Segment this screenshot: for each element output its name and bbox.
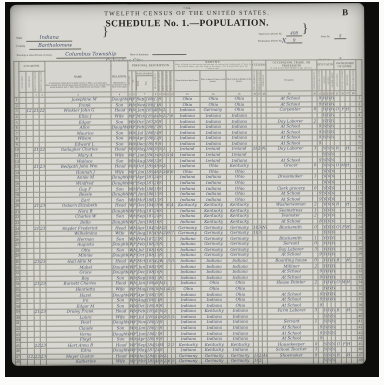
handwritten-entry: Son bbox=[116, 131, 124, 135]
cell-wr: Yes bbox=[326, 152, 330, 158]
cell-s: F bbox=[133, 320, 137, 326]
cell-wr: Yes bbox=[327, 313, 331, 319]
cell-bm: Feb bbox=[137, 242, 146, 248]
cell-c: W bbox=[129, 298, 133, 304]
handwritten-entry: 237 bbox=[41, 355, 47, 359]
cell-ym: 16 bbox=[163, 286, 167, 292]
cell-ym: 15 bbox=[162, 152, 166, 158]
handwritten-entry: Farm Laborer bbox=[277, 309, 305, 313]
row-number-left: 30 bbox=[15, 259, 20, 265]
handwritten-entry: W bbox=[130, 310, 134, 314]
cell-sm: 9 bbox=[317, 129, 322, 135]
handwritten-entry: Na bbox=[262, 147, 267, 151]
group-name: NAME of each person whose place of abode… bbox=[45, 61, 111, 92]
row-number-left: 22 bbox=[15, 215, 20, 221]
handwritten-entry: Washerwoman bbox=[276, 203, 306, 207]
cell-a: 51 bbox=[154, 353, 159, 359]
handwritten-entry: Indiana bbox=[206, 264, 221, 268]
cell-c: W bbox=[128, 164, 132, 170]
handwritten-entry: Indiana bbox=[180, 153, 195, 157]
handwritten-entry: W bbox=[130, 287, 134, 291]
cell-m: S bbox=[158, 141, 162, 147]
handwritten-entry: Yes bbox=[324, 297, 328, 301]
cell-rd: Yes bbox=[324, 352, 328, 358]
handwritten-entry: Yes bbox=[331, 247, 335, 251]
cell-en: Yes bbox=[331, 269, 335, 275]
cell-en: Yes bbox=[331, 280, 335, 286]
handwritten-entry: Ohio bbox=[183, 170, 193, 174]
handwritten-entry: Yes bbox=[327, 130, 331, 134]
right-gutter-header bbox=[356, 60, 362, 96]
handwritten-entry: Osborn Elizabeth bbox=[62, 204, 97, 208]
handwritten-entry: Yes bbox=[324, 331, 328, 335]
cell-wr: Yes bbox=[327, 191, 331, 197]
cell-rd: Yes bbox=[323, 258, 327, 264]
handwritten-entry: 216 bbox=[34, 226, 40, 230]
cell-wr: Yes bbox=[327, 202, 331, 208]
handwritten-entry: Indiana bbox=[180, 186, 195, 190]
handwritten-entry: Hannah J bbox=[76, 170, 95, 174]
cell-a: 24 bbox=[154, 348, 159, 354]
handwritten-entry: M bbox=[133, 137, 137, 141]
handwritten-entry: Wilhelmina bbox=[74, 232, 97, 236]
handwritten-entry: Yes bbox=[323, 236, 327, 240]
handwritten-entry: Indiana bbox=[180, 270, 195, 274]
handwritten-entry: S bbox=[159, 220, 162, 224]
handwritten-entry: Indiana bbox=[207, 320, 222, 324]
cell-s: M bbox=[133, 337, 137, 343]
handwritten-entry: Yes bbox=[323, 97, 327, 101]
cell-h: 1230 bbox=[27, 354, 34, 360]
cell-wr: Yes bbox=[326, 135, 330, 141]
handwritten-entry: W bbox=[129, 226, 133, 230]
handwritten-entry: Son bbox=[117, 304, 125, 308]
handwritten-entry: 6 bbox=[167, 203, 170, 207]
cell-f: 233 bbox=[40, 259, 46, 265]
cell-s: F bbox=[132, 153, 136, 159]
handwritten-entry: W bbox=[130, 360, 134, 364]
handwritten-entry: Daughter bbox=[113, 349, 130, 353]
handwritten-entry: Yes bbox=[328, 308, 332, 312]
handwritten-entry: 21 bbox=[154, 181, 159, 185]
row-number-left: 26 bbox=[15, 237, 20, 243]
handwritten-entry: Kentucky bbox=[204, 203, 223, 207]
row-number-left: 19 bbox=[15, 198, 20, 204]
cell-c: W bbox=[129, 203, 133, 209]
handwritten-entry: 0 bbox=[314, 258, 317, 262]
cell-s: M bbox=[133, 236, 137, 242]
row-number-left: 29 bbox=[15, 254, 20, 260]
cell-ym: 25 bbox=[163, 353, 167, 359]
handwritten-entry: H bbox=[347, 280, 351, 284]
handwritten-entry: 16 bbox=[154, 220, 159, 224]
handwritten-entry: Yes bbox=[327, 108, 331, 112]
group-occupation: OCCUPATION, TRADE, OR PROFESSION of each… bbox=[266, 60, 317, 70]
cell-rd: Yes bbox=[323, 224, 327, 230]
cell-c: W bbox=[129, 270, 133, 276]
handwritten-entry: Wife bbox=[115, 170, 124, 174]
handwritten-entry: Blacksmith bbox=[280, 225, 303, 229]
cell-d: 218 bbox=[34, 281, 40, 287]
handwritten-entry: 15 bbox=[163, 148, 167, 152]
handwritten-entry: Indiana bbox=[207, 337, 222, 341]
cell-m: M bbox=[159, 359, 163, 365]
cell-f: 229 bbox=[39, 147, 45, 153]
cell-rd: Yes bbox=[323, 202, 327, 208]
cell-a: 54 bbox=[154, 225, 159, 231]
handwritten-entry: Wife bbox=[115, 114, 124, 118]
handwritten-entry: Yes bbox=[331, 186, 335, 190]
handwritten-entry: F bbox=[342, 225, 345, 229]
row-number-left: 39 bbox=[15, 309, 20, 315]
col-birthplace-person: Place of birth of this Person. bbox=[174, 70, 200, 91]
handwritten-entry: W bbox=[129, 248, 133, 252]
handwritten-entry: Ireland bbox=[232, 147, 247, 151]
cell-wr: Yes bbox=[327, 163, 331, 169]
cell-ym: 26 bbox=[162, 164, 166, 170]
cell-a: 49 bbox=[154, 231, 159, 237]
handwritten-entry: Wilson bbox=[78, 137, 92, 141]
row-number-left: 17 bbox=[15, 187, 20, 193]
cell-s: M bbox=[132, 141, 136, 147]
cell-m: M bbox=[159, 353, 163, 359]
handwritten-entry: 9 bbox=[167, 231, 170, 235]
cell-s: F bbox=[133, 314, 137, 320]
cell-by: 1886 bbox=[146, 275, 154, 281]
handwritten-entry: Yes bbox=[331, 124, 335, 128]
cell-rd: Yes bbox=[322, 107, 326, 113]
cell-r: Head bbox=[112, 353, 129, 359]
handwritten-entry: Germany bbox=[231, 359, 250, 363]
handwritten-entry: 5 bbox=[167, 153, 170, 157]
cell-rd: Yes bbox=[323, 179, 327, 185]
cell-wr: Yes bbox=[327, 330, 331, 336]
cell-wr: Yes bbox=[327, 241, 331, 247]
handwritten-entry: W bbox=[130, 282, 134, 286]
row-number-left: 14 bbox=[14, 170, 19, 176]
row-number-left: 47 bbox=[15, 354, 20, 360]
cell-sm: 9 bbox=[318, 274, 323, 280]
handwritten-entry: Day Laborer bbox=[278, 247, 303, 251]
cell-c: W bbox=[128, 119, 132, 125]
group-relation: RELATION. Relationship of each person to… bbox=[111, 61, 128, 92]
handwritten-entry: Wife bbox=[116, 287, 125, 291]
cell-by: 1846 bbox=[146, 225, 154, 231]
handwritten-entry: Kentucky bbox=[230, 208, 249, 212]
cell-s: M bbox=[133, 197, 137, 203]
cell-en: Yes bbox=[330, 96, 334, 102]
handwritten-entry: Floyd bbox=[80, 338, 91, 342]
handwritten-entry: 1 bbox=[314, 208, 317, 212]
handwritten-entry: Indiana bbox=[206, 276, 221, 280]
handwritten-entry: Yes bbox=[332, 320, 336, 324]
cell-yu: 34 bbox=[258, 224, 262, 230]
handwritten-entry: W bbox=[129, 164, 133, 168]
handwritten-entry: Yes bbox=[328, 342, 332, 346]
handwritten-entry: Nov bbox=[137, 103, 145, 107]
handwritten-entry: Indiana bbox=[180, 237, 195, 241]
handwritten-entry: 1885 bbox=[147, 326, 155, 330]
row-number-left: 40 bbox=[15, 315, 20, 321]
cell-fh: H bbox=[345, 107, 350, 113]
handwritten-entry: Yes bbox=[327, 102, 331, 106]
cell-d: 215 bbox=[34, 203, 40, 209]
cell-fh: H bbox=[347, 352, 352, 358]
cell-bm: Jan bbox=[137, 219, 146, 225]
handwritten-entry: H bbox=[347, 225, 351, 229]
cell-c: W bbox=[128, 130, 132, 136]
handwritten-entry: Germany bbox=[205, 248, 224, 252]
cell-a: 40 bbox=[154, 281, 159, 287]
handwritten-entry: Boarding house bbox=[275, 258, 307, 262]
handwritten-entry: 231 bbox=[40, 204, 46, 208]
cell-a: 17 bbox=[153, 125, 158, 131]
handwritten-entry: Germany bbox=[231, 236, 250, 240]
handwritten-entry: Seamstress bbox=[279, 208, 302, 212]
handwritten-entry: Yes bbox=[327, 242, 331, 246]
handwritten-entry: 229 bbox=[40, 148, 46, 152]
cell-s: M bbox=[133, 298, 137, 304]
handwritten-entry: S bbox=[159, 103, 162, 107]
handwritten-entry: Snyder Frederick bbox=[62, 226, 98, 230]
cell-by: 1880 bbox=[146, 242, 154, 248]
cell-bm: Oct bbox=[136, 164, 145, 170]
handwritten-entry: Meyer Gustav bbox=[66, 354, 94, 358]
handwritten-entry: Mary A bbox=[77, 153, 92, 157]
handwritten-entry: Yes bbox=[331, 230, 335, 234]
handwritten-entry: M bbox=[133, 159, 137, 163]
cell-by: 1876 bbox=[146, 348, 154, 354]
handwritten-entry: 7 bbox=[167, 114, 170, 118]
handwritten-entry: 15 bbox=[163, 153, 167, 157]
cell-rd: Yes bbox=[323, 330, 327, 336]
handwritten-entry: 234 bbox=[40, 282, 46, 286]
handwritten-entry: 3 bbox=[315, 348, 318, 352]
handwritten-entry: 20 bbox=[154, 120, 159, 124]
handwritten-entry: 9 bbox=[319, 191, 322, 195]
cell-m: S bbox=[159, 292, 163, 298]
cell-s: M bbox=[133, 281, 137, 287]
handwritten-entry: Yes bbox=[323, 208, 327, 212]
cell-ym: 16 bbox=[163, 281, 167, 287]
handwritten-entry: Indiana bbox=[206, 192, 221, 196]
handwritten-entry: W bbox=[129, 204, 133, 208]
cell-f: 231 bbox=[40, 203, 46, 209]
relation-header-main: RELATION. bbox=[112, 75, 126, 78]
handwritten-entry: 2 bbox=[314, 264, 317, 268]
handwritten-entry: 20 bbox=[164, 309, 168, 313]
handwritten-entry: Son bbox=[116, 237, 124, 241]
handwritten-entry: Feb bbox=[137, 125, 145, 129]
handwritten-entry: 1876 bbox=[146, 237, 154, 241]
cell-by: 1886 bbox=[145, 97, 153, 103]
handwritten-entry: W bbox=[130, 332, 134, 336]
cell-c: W bbox=[128, 108, 132, 114]
handwritten-entry: 48 bbox=[155, 360, 160, 364]
handwritten-entry: Feb bbox=[138, 243, 146, 247]
handwritten-entry: Indiana bbox=[180, 214, 195, 218]
handwritten-entry: Yes bbox=[328, 297, 332, 301]
cell-en: Yes bbox=[330, 124, 334, 130]
handwritten-entry: Yes bbox=[323, 225, 327, 229]
cell-yu: 28 bbox=[259, 358, 263, 364]
handwritten-entry: Yes bbox=[323, 119, 327, 123]
cell-wr: Yes bbox=[326, 157, 330, 163]
handwritten-entry: Indiana bbox=[232, 142, 247, 146]
cell-en: Yes bbox=[331, 174, 335, 180]
handwritten-entry: 9 bbox=[318, 97, 321, 101]
cell-a: 14 bbox=[153, 130, 158, 136]
cell-s: F bbox=[133, 242, 137, 248]
handwritten-entry: Yes bbox=[323, 108, 327, 112]
handwritten-entry: S bbox=[159, 198, 162, 202]
cell-bm: Dec bbox=[137, 270, 146, 276]
cell-m: S bbox=[158, 102, 162, 108]
handwritten-entry: 1865 bbox=[146, 153, 154, 157]
cell-en: Yes bbox=[331, 168, 335, 174]
census-sheet: 7-564. TWELFTH CENSUS OF THE UNITED STAT… bbox=[10, 3, 366, 366]
cell-r: Daughter bbox=[112, 208, 129, 214]
cell-sm: 9 bbox=[318, 291, 323, 297]
cell-s: F bbox=[133, 208, 137, 214]
cell-en: Yes bbox=[330, 152, 334, 158]
handwritten-entry: 233 bbox=[40, 260, 46, 264]
cell-by: 1885 bbox=[146, 292, 154, 298]
handwritten-entry: 7 bbox=[172, 231, 175, 235]
handwritten-entry: Indiana bbox=[206, 114, 221, 118]
cell-f: 228 bbox=[39, 108, 45, 114]
census-table: LOCATION. NAME of each person whose plac… bbox=[13, 59, 364, 366]
cell-s: F bbox=[133, 331, 137, 337]
cell-by: 1885 bbox=[145, 130, 153, 136]
handwritten-entry: Ohio bbox=[235, 298, 245, 302]
handwritten-entry: Sep bbox=[137, 215, 145, 219]
handwritten-entry: 232 bbox=[40, 226, 46, 230]
handwritten-entry: Edgar M bbox=[77, 304, 95, 308]
handwritten-entry: S bbox=[160, 337, 163, 341]
handwritten-entry: Indiana bbox=[233, 331, 248, 335]
cell-a: 15 bbox=[154, 292, 159, 298]
handwritten-entry: W bbox=[129, 109, 133, 113]
handwritten-entry: Yes bbox=[331, 169, 335, 173]
handwritten-entry: W bbox=[130, 304, 134, 308]
handwritten-entry: Mch bbox=[137, 198, 146, 202]
cell-a: 44 bbox=[153, 113, 158, 119]
handwritten-entry: 1885 bbox=[146, 131, 154, 135]
cell-m: S bbox=[158, 158, 162, 164]
handwritten-entry: 1866 bbox=[253, 225, 258, 229]
handwritten-entry: Daughter bbox=[112, 209, 129, 213]
handwritten-entry: F bbox=[133, 181, 136, 185]
handwritten-entry: Indiana bbox=[232, 119, 247, 123]
cell-sm: 9 bbox=[317, 140, 322, 146]
cell-wr: Yes bbox=[326, 107, 330, 113]
cell-wr: Yes bbox=[327, 347, 331, 353]
cell-c: W bbox=[129, 180, 133, 186]
handwritten-entry: At School bbox=[281, 275, 300, 279]
handwritten-entry: 0 bbox=[314, 242, 317, 246]
handwritten-entry: Indiana bbox=[232, 130, 247, 134]
cell-c: W bbox=[128, 153, 132, 159]
handwritten-entry: 26 bbox=[163, 170, 167, 174]
cell-a: 18 bbox=[154, 320, 159, 326]
cell-c: W bbox=[129, 320, 133, 326]
cell-a: 9 bbox=[153, 141, 158, 147]
handwritten-entry: Winifred bbox=[76, 181, 94, 185]
cell-a: 38 bbox=[154, 286, 159, 292]
handwritten-entry: Yes bbox=[323, 163, 327, 167]
cell-o bbox=[268, 358, 314, 364]
handwritten-entry: O bbox=[336, 225, 339, 229]
table-header: LOCATION. NAME of each person whose plac… bbox=[14, 60, 362, 98]
cell-by: 1876 bbox=[146, 236, 154, 242]
handwritten-entry: Josephine M bbox=[72, 98, 97, 102]
handwritten-entry: Yes bbox=[323, 242, 327, 246]
handwritten-entry: Feb bbox=[138, 309, 146, 313]
handwritten-entry: Germany bbox=[205, 354, 224, 358]
cell-en: Yes bbox=[331, 185, 335, 191]
handwritten-entry: Indiana bbox=[233, 314, 248, 318]
cell-ym: 15 bbox=[162, 147, 166, 153]
handwritten-entry: Kentucky bbox=[204, 214, 223, 218]
handwritten-entry: S bbox=[160, 254, 163, 258]
handwritten-entry: F bbox=[133, 231, 136, 235]
handwritten-entry: 23 bbox=[154, 237, 159, 241]
handwritten-entry: 1852 bbox=[146, 109, 154, 113]
cell-a: 41 bbox=[154, 314, 159, 320]
handwritten-entry: 3 bbox=[172, 287, 175, 291]
col-date-of-birth: DATE OF BIRTH. Month. Year. bbox=[136, 71, 153, 92]
handwritten-entry: S bbox=[159, 215, 162, 219]
handwritten-entry: Dressmaker bbox=[278, 175, 303, 179]
handwritten-entry: M bbox=[160, 315, 164, 319]
handwritten-entry: F bbox=[134, 360, 137, 364]
cell-s: M bbox=[133, 275, 137, 281]
handwritten-entry: Yes bbox=[323, 136, 327, 140]
handwritten-entry: Indiana bbox=[233, 337, 248, 341]
handwritten-entry: W bbox=[130, 298, 134, 302]
cell-en: Yes bbox=[331, 263, 335, 269]
handwritten-entry: Yes bbox=[332, 286, 336, 290]
handwritten-entry: 23 bbox=[163, 109, 167, 113]
handwritten-entry: Daughter bbox=[113, 293, 130, 297]
row-number-left: 41 bbox=[15, 321, 20, 327]
handwritten-entry: Mabel bbox=[79, 265, 92, 269]
cell-en: Yes bbox=[331, 297, 335, 303]
cell-s: F bbox=[133, 270, 137, 276]
handwritten-entry: 1891 bbox=[147, 337, 155, 341]
handwritten-entry: Yes bbox=[324, 292, 328, 296]
handwritten-entry: Indiana bbox=[181, 320, 196, 324]
cell-s: M bbox=[132, 130, 136, 136]
cell-rd: Yes bbox=[322, 157, 326, 163]
handwritten-entry: 38 bbox=[155, 287, 160, 291]
handwritten-entry: Yes bbox=[328, 359, 332, 363]
handwritten-entry: F bbox=[133, 220, 136, 224]
cell-s: M bbox=[132, 136, 136, 142]
cell-p2: Germany bbox=[201, 236, 227, 242]
handwritten-entry: 1861 bbox=[146, 148, 154, 152]
handwritten-entry: Yes bbox=[331, 119, 335, 123]
handwritten-entry: Hazel bbox=[80, 293, 92, 297]
handwritten-entry: At School bbox=[281, 191, 300, 195]
col-farm-schedule: Number of farm schedule. bbox=[350, 70, 356, 91]
handwritten-entry: Yes bbox=[327, 230, 331, 234]
handwritten-entry: Daughter bbox=[112, 192, 129, 196]
handwritten-entry: 15 bbox=[155, 326, 160, 330]
handwritten-entry: Indiana bbox=[180, 142, 195, 146]
cell-bm: Mch bbox=[137, 258, 146, 264]
